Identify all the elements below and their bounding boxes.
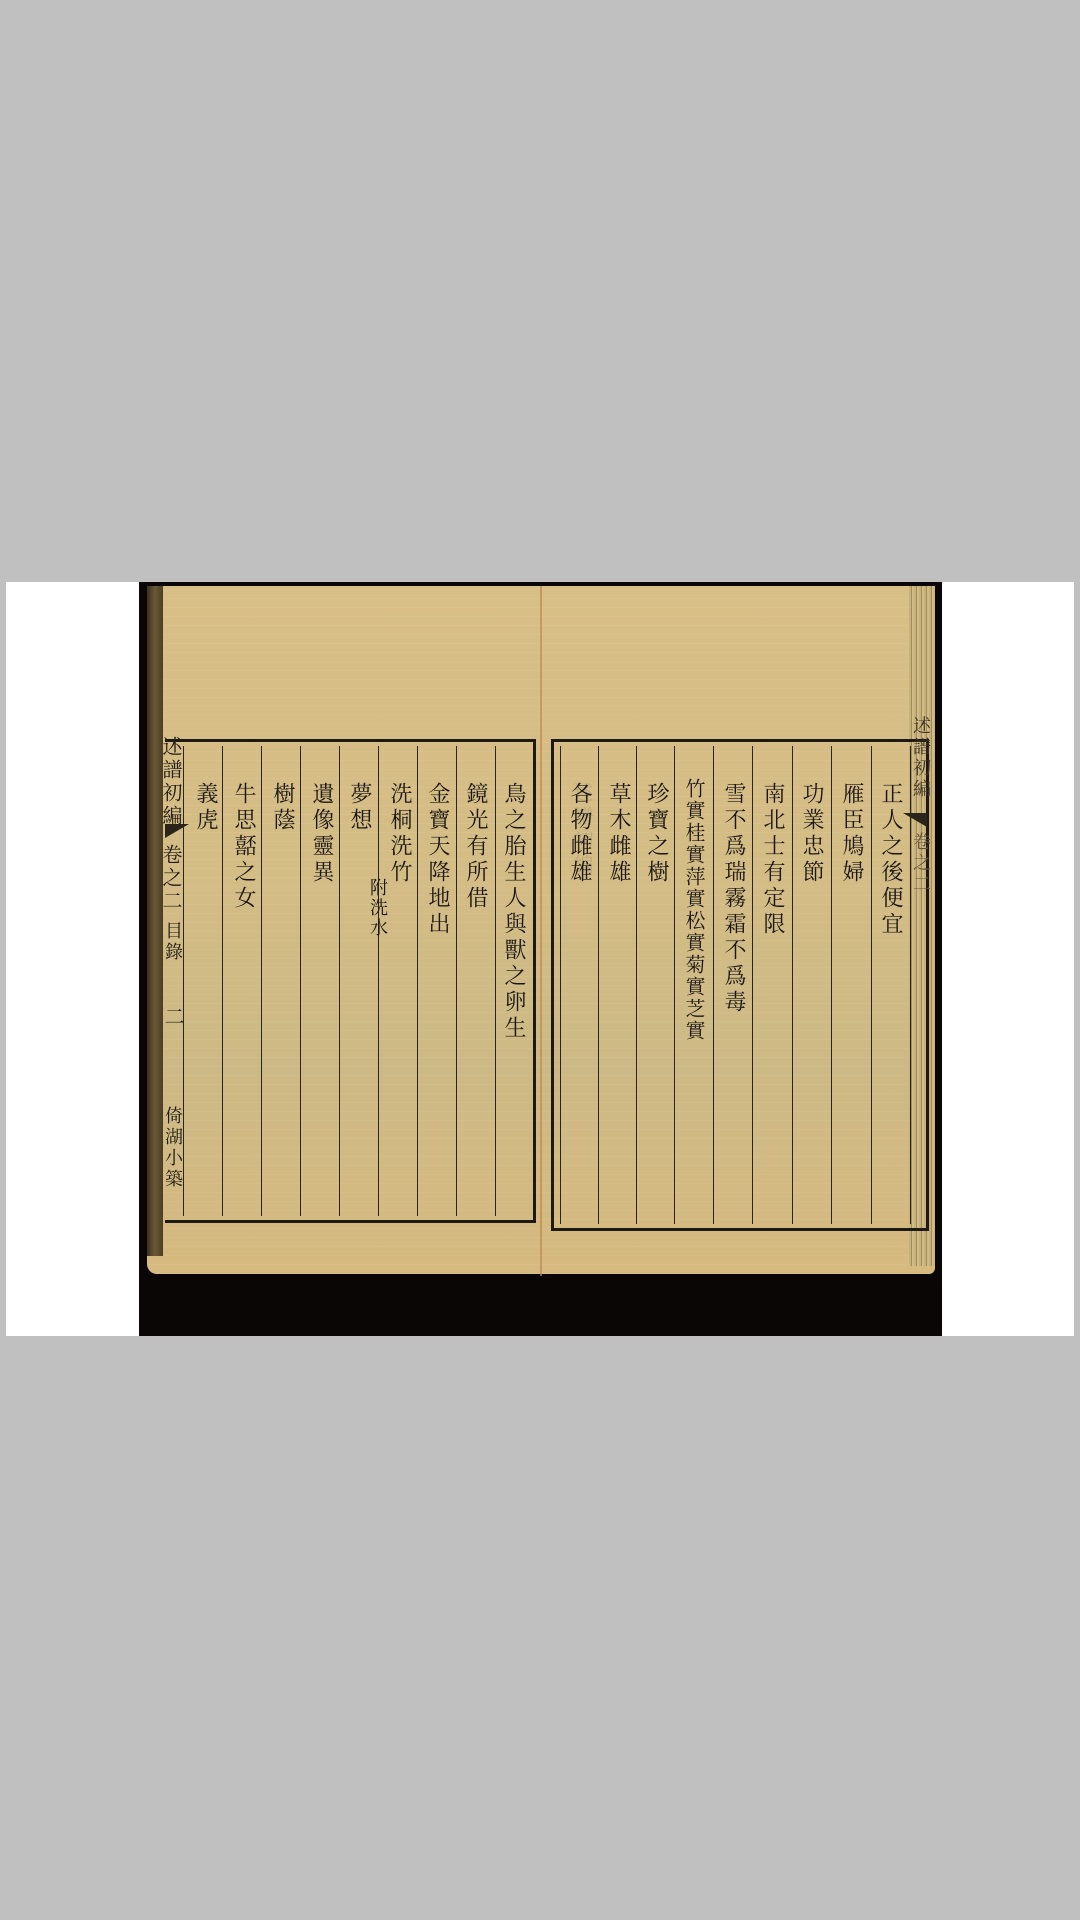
toc-entry: 夢想 bbox=[347, 782, 371, 834]
column-rule bbox=[456, 746, 457, 1216]
column-rule bbox=[339, 746, 340, 1216]
left-page-frame: 鳥之胎生人與獸之卵生 鏡光有所借 金寶天降地出 洗桐洗竹 附洗水 夢想 遺像靈異… bbox=[165, 739, 536, 1223]
column-rule bbox=[752, 746, 753, 1224]
toc-entry: 義虎 bbox=[193, 782, 217, 834]
column-rule bbox=[598, 746, 599, 1224]
toc-entry: 鳥之胎生人與獸之卵生 bbox=[501, 782, 525, 1042]
column-rule bbox=[713, 746, 714, 1224]
column-rule bbox=[560, 746, 561, 1224]
toc-entry: 牛思嚭之女 bbox=[231, 782, 255, 912]
book-paper: 鳥之胎生人與獸之卵生 鏡光有所借 金寶天降地出 洗桐洗竹 附洗水 夢想 遺像靈異… bbox=[147, 586, 935, 1274]
toc-entry: 各物雌雄 bbox=[567, 782, 591, 886]
column-rule bbox=[674, 746, 675, 1224]
page-number: 二 bbox=[159, 1006, 188, 1029]
fishtail-mark bbox=[165, 824, 189, 838]
book-title-margin: 述譜初編 bbox=[157, 736, 186, 828]
column-rule bbox=[300, 746, 301, 1216]
column-rule bbox=[636, 746, 637, 1224]
book-gutter bbox=[540, 586, 542, 1276]
column-rule bbox=[222, 746, 223, 1216]
toc-entry: 珍寶之樹 bbox=[644, 782, 668, 886]
toc-entry: 雁臣鳩婦 bbox=[839, 782, 863, 886]
column-rule bbox=[378, 746, 379, 1216]
volume-label-right: 卷之二 bbox=[907, 832, 933, 895]
toc-entry-note: 附洗水 bbox=[365, 878, 389, 938]
section-label: 目錄 bbox=[159, 921, 185, 963]
toc-entry: 正人之後便宜 bbox=[878, 782, 902, 938]
toc-entry: 遺像靈異 bbox=[309, 782, 333, 886]
toc-entry: 鏡光有所借 bbox=[463, 782, 487, 912]
toc-entry: 樹蔭 bbox=[270, 782, 294, 834]
volume-label: 卷之二 bbox=[157, 844, 186, 913]
column-rule bbox=[417, 746, 418, 1216]
toc-entry: 功業忠節 bbox=[799, 782, 823, 886]
publisher-label: 倚湖小築 bbox=[159, 1106, 185, 1190]
toc-entry: 草木雌雄 bbox=[606, 782, 630, 886]
toc-entry: 洗桐洗竹 bbox=[387, 782, 411, 886]
scanned-book-image: 鳥之胎生人與獸之卵生 鏡光有所借 金寶天降地出 洗桐洗竹 附洗水 夢想 遺像靈異… bbox=[139, 582, 942, 1336]
column-rule bbox=[792, 746, 793, 1224]
column-rule bbox=[871, 746, 872, 1224]
toc-entry: 雪不爲瑞霧霜不爲毒 bbox=[721, 782, 745, 1016]
fishtail-mark bbox=[903, 813, 927, 827]
book-title-margin-right: 述譜初編 bbox=[907, 716, 933, 800]
right-page-frame: 述譜初編 正人之後便宜 雁臣鳩婦 功業忠節 南北士有定限 雪不爲瑞霧霜不爲毒 竹… bbox=[551, 739, 929, 1231]
toc-entry: 金寶天降地出 bbox=[425, 782, 449, 938]
toc-entry: 竹實桂實萍實松實菊實芝實 bbox=[682, 778, 706, 1042]
column-rule bbox=[261, 746, 262, 1216]
column-rule bbox=[495, 746, 496, 1216]
toc-entry: 南北士有定限 bbox=[760, 782, 784, 938]
column-rule bbox=[831, 746, 832, 1224]
